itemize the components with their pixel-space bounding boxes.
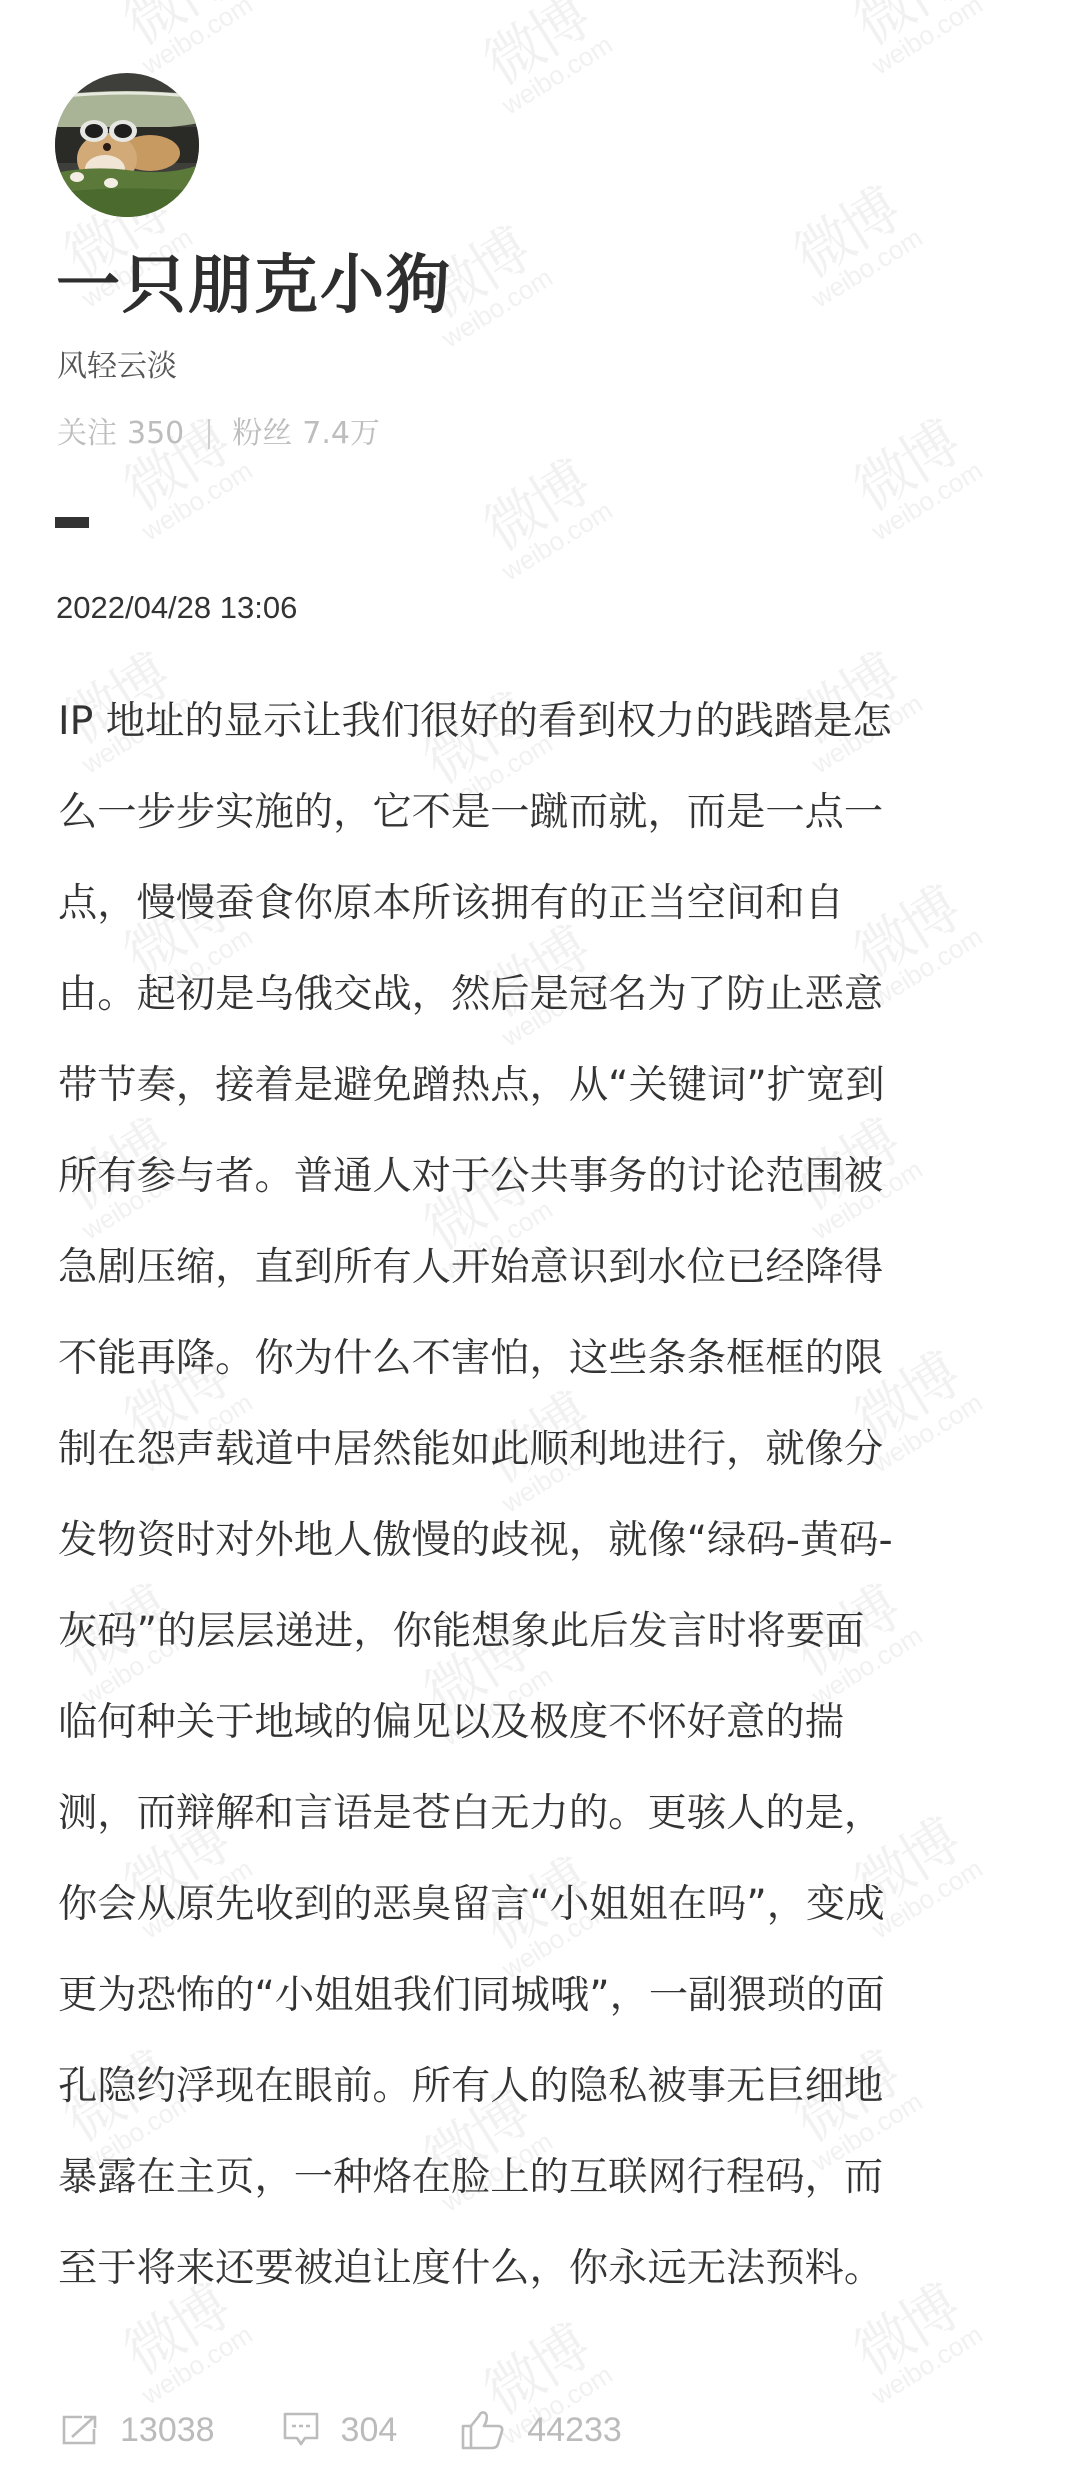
post-line: 至于将来还要被迫让度什么，你永远无法预料。 [58, 2223, 1018, 2314]
follow-stats: 关注350 粉丝7.4万 [57, 416, 380, 452]
post-line: IP 地址的显示让我们很好的看到权力的践踏是怎 [58, 676, 1018, 767]
repost-count: 13038 [120, 2411, 215, 2450]
thumbs-up-icon [461, 2410, 505, 2450]
followers-stat[interactable]: 粉丝7.4万 [232, 416, 380, 452]
post-line: 你会从原先收到的恶臭留言“小姐姐在吗”，变成 [58, 1859, 1018, 1950]
post-line: 发物资时对外地人傲慢的歧视，就像“绿码-黄码- [58, 1495, 1018, 1586]
followers-label: 粉丝 [232, 416, 292, 451]
following-label: 关注 [57, 416, 117, 451]
comment-icon [283, 2412, 319, 2448]
post-line: 临何种关于地域的偏见以及极度不怀好意的揣 [58, 1677, 1018, 1768]
post-line: 由。起初是乌俄交战，然后是冠名为了防止恶意 [58, 949, 1018, 1040]
avatar[interactable] [55, 73, 199, 217]
post-line: 急剧压缩，直到所有人开始意识到水位已经降得 [58, 1222, 1018, 1313]
post-line: 测，而辩解和言语是苍白无力的。更骇人的是， [58, 1768, 1018, 1859]
like-count: 44233 [527, 2411, 622, 2450]
post-line: 带节奏，接着是避免蹭热点，从“关键词”扩宽到 [58, 1040, 1018, 1131]
post-line: 灰码”的层层递进，你能想象此后发言时将要面 [58, 1586, 1018, 1677]
post-line: 么一步步实施的，它不是一蹴而就，而是一点一 [58, 767, 1018, 858]
dog-avatar-icon [55, 73, 199, 217]
username[interactable]: 一只朋克小狗 [56, 248, 452, 324]
share-icon [62, 2415, 98, 2445]
post-line: 不能再降。你为什么不害怕，这些条条框框的限 [58, 1313, 1018, 1404]
post-line: 孔隐约浮现在眼前。所有人的隐私被事无巨细地 [58, 2041, 1018, 2132]
weibo-post-card: 一只朋克小狗 风轻云淡 关注350 粉丝7.4万 2022/04/28 13:0… [0, 0, 1080, 2487]
post-line: 制在怨声载道中居然能如此顺利地进行，就像分 [58, 1404, 1018, 1495]
post-timestamp: 2022/04/28 13:06 [56, 590, 297, 626]
user-bio: 风轻云淡 [57, 349, 177, 385]
comment-button[interactable]: 304 [283, 2411, 398, 2450]
stats-divider [208, 419, 210, 449]
following-stat[interactable]: 关注350 [57, 416, 184, 452]
post-line: 暴露在主页，一种烙在脸上的互联网行程码，而 [58, 2132, 1018, 2223]
like-button[interactable]: 44233 [461, 2410, 622, 2450]
post-line: 点，慢慢蚕食你原本所该拥有的正当空间和自 [58, 858, 1018, 949]
post-line: 所有参与者。普通人对于公共事务的讨论范围被 [58, 1131, 1018, 1222]
post-body: IP 地址的显示让我们很好的看到权力的践踏是怎 么一步步实施的，它不是一蹴而就，… [58, 676, 1018, 2314]
post-actions-bar: 13038 304 44233 [62, 2405, 622, 2455]
following-count: 350 [127, 416, 184, 451]
comment-count: 304 [341, 2411, 398, 2450]
repost-button[interactable]: 13038 [62, 2411, 215, 2450]
section-divider-dash [55, 517, 89, 528]
post-line: 更为恐怖的“小姐姐我们同城哦”，一副猥琐的面 [58, 1950, 1018, 2041]
followers-count: 7.4万 [302, 416, 380, 451]
